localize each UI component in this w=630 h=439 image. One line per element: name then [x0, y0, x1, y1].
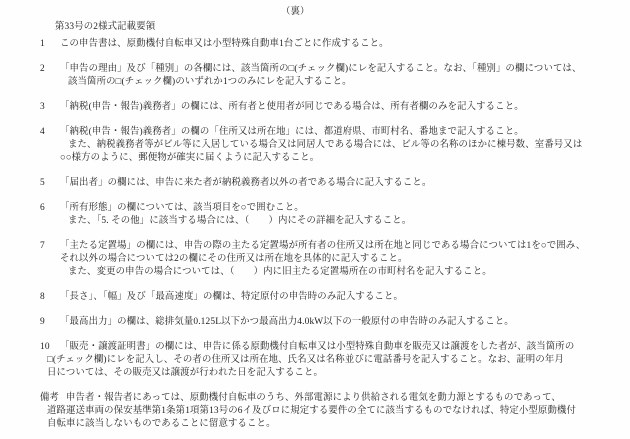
item-text: 「販売・譲渡証明書」の欄には、申告に係る原動機付自転車又は小型特殊自動車を販売又… [60, 342, 574, 352]
list-item: 3「納税(申告・報告)義務者」の欄には、所有者と使用者が同じである場合は、所有者… [0, 101, 630, 114]
item-line: 日については、その販売又は譲渡が行われた日を記入すること。 [0, 367, 630, 380]
list-item: 6「所有形態」の欄については、該当項目を○で囲むこと。また、「5. その他」に該… [0, 202, 630, 228]
list-item: 1この申告書は、原動機付自転車又は小型特殊自動車1台ごとに作成すること。 [0, 38, 630, 51]
item-line: ○○様方のように、郵便物が確実に届くように記入すること。 [0, 152, 630, 165]
item-number: 8 [40, 291, 60, 304]
item-line: 4「納税(申告・報告)義務者」の欄の「住所又は所在地」には、都道府県、市町村名、… [0, 126, 630, 139]
document-page: （裏） 第33号の2様式記載要領 1この申告書は、原動機付自転車又は小型特殊自動… [0, 0, 630, 439]
item-line: 8「長さ」、「幅」及び「最高速度」の欄は、特定原付の申告時のみ記入すること。 [0, 291, 630, 304]
item-text: 「長さ」、「幅」及び「最高速度」の欄は、特定原付の申告時のみ記入すること。 [60, 292, 403, 302]
item-line: 該当箇所の□(チェック欄)のいずれか1つのみにレを記入すること。 [0, 76, 630, 89]
list-item: 5「届出者」の欄には、申告に来た者が納税義務者以外の者である場合に記入すること。 [0, 177, 630, 190]
remarks-item: 備考申告者・報告者にあっては、原動機付自転車のうち、外部電源により供給される電気… [0, 392, 630, 431]
document-title: 第33号の2様式記載要領 [0, 0, 630, 34]
item-number: 6 [40, 202, 60, 215]
item-text: 「納税(申告・報告)義務者」の欄の「住所又は所在地」には、都道府県、市町村名、番… [60, 127, 524, 137]
remarks-label: 備考 [40, 392, 66, 405]
list-item: 10「販売・譲渡証明書」の欄には、申告に係る原動機付自転車又は小型特殊自動車を販… [0, 341, 630, 380]
item-number: 9 [40, 316, 60, 329]
item-line: 7「主たる定置場」の欄には、申告の際の主たる定置場が所有者の住所又は所在地と同じ… [0, 240, 630, 253]
item-line: 10「販売・譲渡証明書」の欄には、申告に係る原動機付自転車又は小型特殊自動車を販… [0, 341, 630, 354]
item-line: 3「納税(申告・報告)義務者」の欄には、所有者と使用者が同じである場合は、所有者… [0, 101, 630, 114]
list-item: 2「申告の理由」及び「種別」の各欄には、該当箇所の□(チェック欄)にレを記入する… [0, 63, 630, 89]
list-item: 4「納税(申告・報告)義務者」の欄の「住所又は所在地」には、都道府県、市町村名、… [0, 126, 630, 165]
items-container: 1この申告書は、原動機付自転車又は小型特殊自動車1台ごとに作成すること。2「申告… [0, 38, 630, 431]
list-item: 8「長さ」、「幅」及び「最高速度」の欄は、特定原付の申告時のみ記入すること。 [0, 291, 630, 304]
item-number: 10 [40, 341, 60, 354]
list-item: 7「主たる定置場」の欄には、申告の際の主たる定置場が所有者の住所又は所在地と同じ… [0, 240, 630, 279]
page-side-label: （裏） [281, 6, 310, 19]
list-item: 9「最高出力」の欄は、総排気量0.125L以下かつ最高出力4.0kW以下の一般原… [0, 316, 630, 329]
item-number: 5 [40, 177, 60, 190]
item-line: また、変更の申告の場合については、（ ）内に旧主たる定置場所在の市町村名を記入す… [0, 266, 630, 279]
item-line: 自転車に該当しないものであることに留意すること。 [0, 418, 630, 431]
item-number: 3 [40, 101, 60, 114]
item-line: □(チェック欄)にレを記入し、その者の住所又は所在地、氏名又は名称並びに電話番号… [0, 354, 630, 367]
item-text: 「所有形態」の欄については、該当項目を○で囲むこと。 [60, 203, 304, 213]
item-line: それ以外の場合については2の欄にその住所又は所在地を具体的に記入すること。 [0, 253, 630, 266]
item-line: 備考申告者・報告者にあっては、原動機付自転車のうち、外部電源により供給される電気… [0, 392, 630, 405]
item-text: 「申告の理由」及び「種別」の各欄には、該当箇所の□(チェック欄)にレを記入するこ… [60, 64, 582, 74]
item-text: 「届出者」の欄には、申告に来た者が納税義務者以外の者である場合に記入すること。 [60, 178, 431, 188]
item-text: 「主たる定置場」の欄には、申告の際の主たる定置場が所有者の住所又は所在地と同じで… [60, 241, 585, 251]
item-number: 4 [40, 126, 60, 139]
item-line: また、「5. その他」に該当する場合には、（ ）内にその詳細を記入すること。 [0, 215, 630, 228]
item-text: 「納税(申告・報告)義務者」の欄には、所有者と使用者が同じである場合は、所有者欄… [60, 102, 524, 112]
item-line: 5「届出者」の欄には、申告に来た者が納税義務者以外の者である場合に記入すること。 [0, 177, 630, 190]
item-line: 9「最高出力」の欄は、総排気量0.125L以下かつ最高出力4.0kW以下の一般原… [0, 316, 630, 329]
item-text: この申告書は、原動機付自転車又は小型特殊自動車1台ごとに作成すること。 [60, 39, 389, 49]
item-number: 7 [40, 240, 60, 253]
item-number: 1 [40, 38, 60, 51]
item-number: 2 [40, 63, 60, 76]
item-line: 1この申告書は、原動機付自転車又は小型特殊自動車1台ごとに作成すること。 [0, 38, 630, 51]
item-line: 2「申告の理由」及び「種別」の各欄には、該当箇所の□(チェック欄)にレを記入する… [0, 63, 630, 76]
item-text: 申告者・報告者にあっては、原動機付自転車のうち、外部電源により供給される電気を動… [66, 393, 561, 403]
item-line: また、納税義務者等がビル等に入居している場合又は同居人である場合には、ビル等の名… [0, 139, 630, 152]
item-line: 6「所有形態」の欄については、該当項目を○で囲むこと。 [0, 202, 630, 215]
item-text: 「最高出力」の欄は、総排気量0.125L以下かつ最高出力4.0kW以下の一般原付… [60, 317, 514, 327]
item-line: 道路運送車両の保安基準第1条第1項第13号の6イ及びロに規定する要件の全てに該当… [0, 405, 630, 418]
